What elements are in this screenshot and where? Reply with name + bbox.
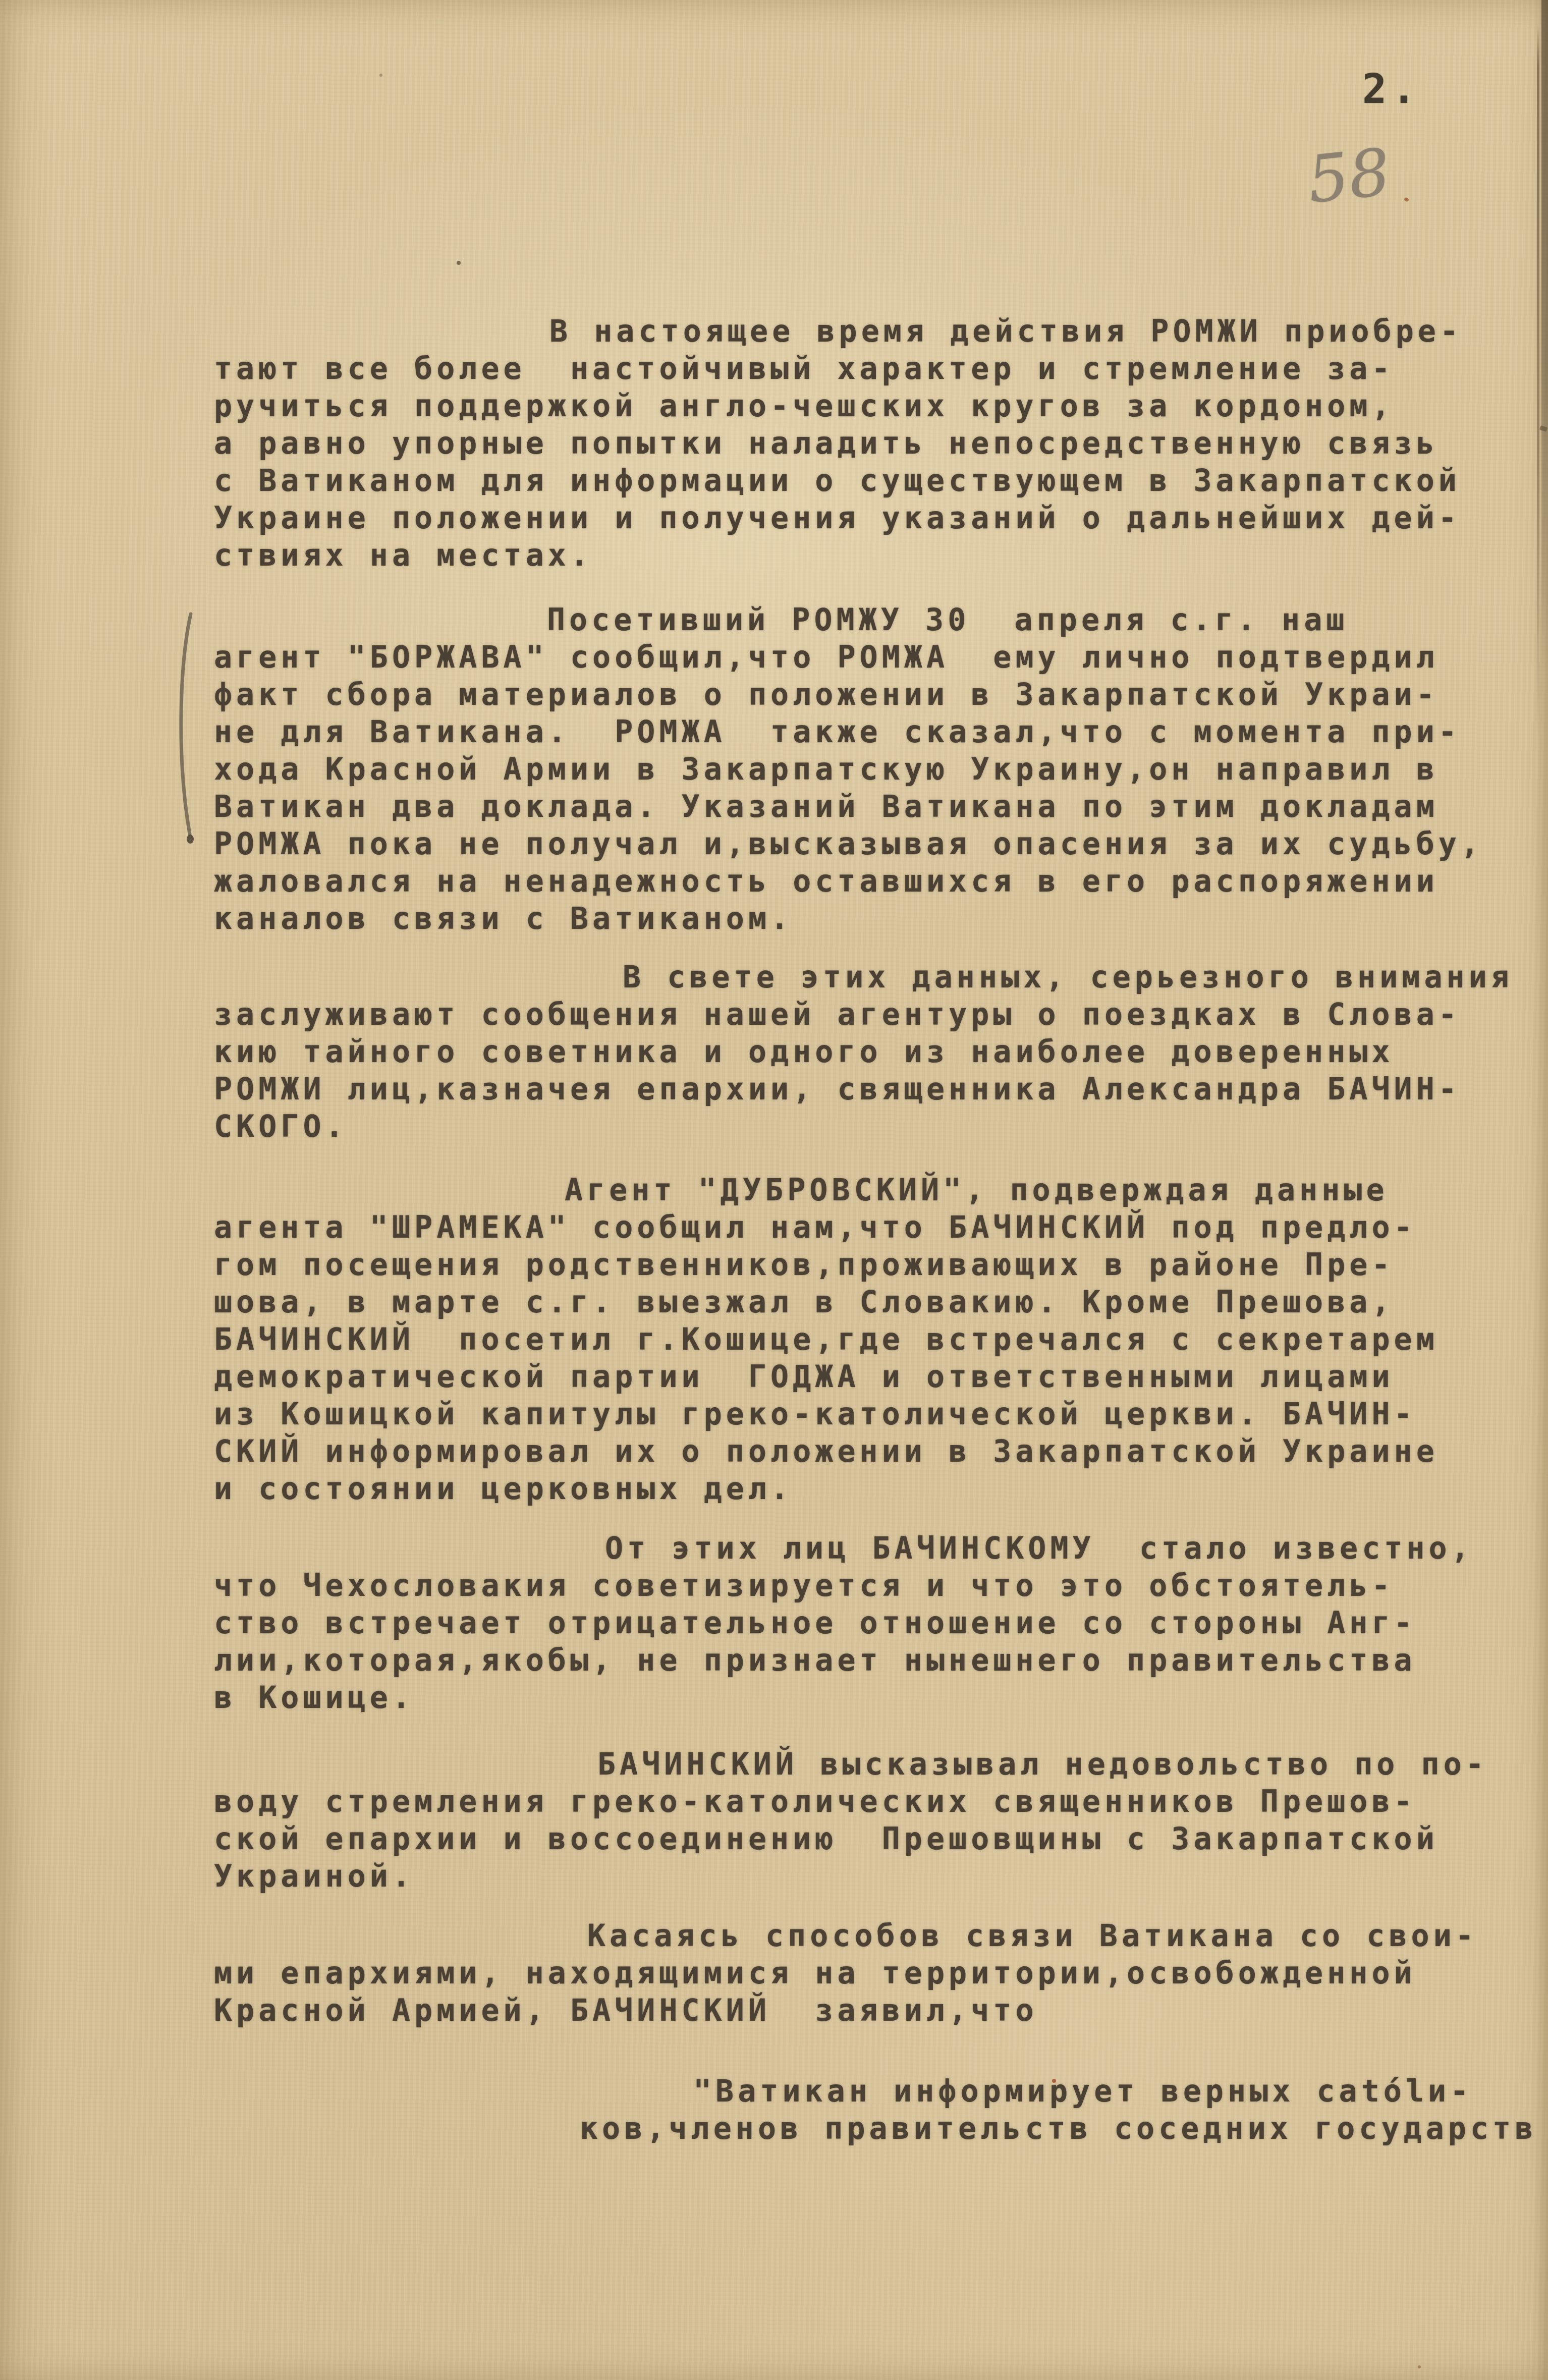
text-line: ской епархии и воссоединению Прешовщины … (214, 1820, 1536, 1858)
paragraph: Агент "ДУБРОВСКИЙ", подверждая данные аг… (214, 1172, 1536, 1508)
text-line: агента "ШРАМЕКА" сообщил нам,что БАЧИНСК… (214, 1209, 1536, 1246)
paragraph-quote: "Ватикан информирует верных católи- ков,… (214, 2073, 1536, 2147)
text-line: ручиться поддержкой англо-чешских кругов… (214, 388, 1536, 425)
text-line: Украиной. (214, 1858, 1536, 1895)
text-line: БАЧИНСКИЙ посетил г.Кошице,где встречалс… (214, 1321, 1536, 1358)
text-line: кию тайного советника и одного из наибол… (214, 1033, 1536, 1071)
text-line: воду стремления греко-католических свяще… (214, 1783, 1536, 1820)
text-line: не для Ватикана. РОМЖА также сказал,что … (214, 713, 1536, 751)
text-line: и состоянии церковных дел. (214, 1470, 1536, 1508)
text-line: лии,которая,якобы, не признает нынешнего… (214, 1642, 1536, 1679)
text-line: БАЧИНСКИЙ высказывал недовольство по по- (597, 1746, 1536, 1783)
text-line: Украине положении и получения указаний о… (214, 500, 1536, 537)
text-line: СКИЙ информировал их о положении в Закар… (214, 1433, 1536, 1470)
text-line: каналов связи с Ватиканом. (214, 900, 1536, 937)
text-line: в Кошице. (214, 1679, 1536, 1717)
text-line: гом посещения родственников,проживающих … (214, 1246, 1536, 1284)
paper-speck (457, 261, 461, 265)
text-line: а равно упорные попытки наладить непосре… (214, 425, 1536, 462)
text-line: Агент "ДУБРОВСКИЙ", подверждая данные (565, 1172, 1536, 1209)
text-line: Касаясь способов связи Ватикана со свои- (587, 1917, 1536, 1955)
text-line: "Ватикан информирует верных católи- (693, 2073, 1536, 2110)
text-line: демократической партии ГОДЖА и ответстве… (214, 1358, 1536, 1396)
paper-speck (379, 74, 382, 77)
text-line: В настоящее время действия РОМЖИ приобре… (549, 313, 1536, 350)
text-line: с Ватиканом для информации о существующе… (214, 462, 1536, 500)
text-line: тают все более настойчивый характер и ст… (214, 350, 1536, 388)
text-line: что Чехословакия советизируется и что эт… (214, 1567, 1536, 1604)
text-line: агент "БОРЖАВА" сообщил,что РОМЖА ему ли… (214, 639, 1536, 676)
text-line: Посетивший РОМЖУ 30 апреля с.г. наш (547, 601, 1536, 639)
scan-edge-dark-band (1541, 0, 1548, 681)
paragraph: Касаясь способов связи Ватикана со свои-… (214, 1917, 1536, 2029)
text-line: Красной Армией, БАЧИНСКИЙ заявил,что (214, 1992, 1536, 2029)
text-line: От этих лиц БАЧИНСКОМУ стало известно, (605, 1530, 1536, 1567)
text-line: из Кошицкой капитулы греко-католической … (214, 1396, 1536, 1433)
text-line: ствиях на местах. (214, 537, 1536, 574)
text-line: факт сбора материалов о положении в Зака… (214, 676, 1536, 713)
text-line: РОМЖИ лиц,казначея епархии, священника А… (214, 1071, 1536, 1108)
page-number: 2. (1362, 66, 1421, 113)
handwritten-archival-number: 58 (1305, 140, 1393, 213)
text-line: РОМЖА пока не получал и,высказывая опасе… (214, 825, 1536, 863)
text-line: шова, в марте с.г. выезжал в Словакию. К… (214, 1284, 1536, 1321)
text-line: ми епархиями, находящимися на территории… (214, 1955, 1536, 1992)
text-line: жаловался на ненадежность оставшихся в е… (214, 863, 1536, 900)
text-line: Ватикан два доклада. Указаний Ватикана п… (214, 788, 1536, 825)
paper-speck (1052, 2079, 1056, 2083)
paragraph: Посетивший РОМЖУ 30 апреля с.г. наш аген… (214, 601, 1536, 937)
text-line: ков,членов правительств соседних государ… (580, 2110, 1536, 2147)
paragraph: БАЧИНСКИЙ высказывал недовольство по по-… (214, 1746, 1536, 1895)
document-page: 2. 58 В настоящее время действия РОМЖИ п… (0, 0, 1548, 2380)
paragraph: От этих лиц БАЧИНСКОМУ стало известно, ч… (214, 1530, 1536, 1717)
text-line: СКОГО. (214, 1108, 1536, 1145)
margin-pencil-mark (167, 608, 217, 860)
text-line: ство встречает отрицательное отношение с… (214, 1604, 1536, 1642)
text-line: хода Красной Армии в Закарпатскую Украин… (214, 751, 1536, 788)
text-line: заслуживают сообщения нашей агентуры о п… (214, 996, 1536, 1033)
paper-speck (1404, 197, 1409, 202)
paragraph: В настоящее время действия РОМЖИ приобре… (214, 313, 1536, 574)
paper-speck (1418, 2365, 1421, 2368)
text-line: В свете этих данных, серьезного внимания (623, 959, 1536, 996)
paragraph: В свете этих данных, серьезного внимания… (214, 959, 1536, 1145)
